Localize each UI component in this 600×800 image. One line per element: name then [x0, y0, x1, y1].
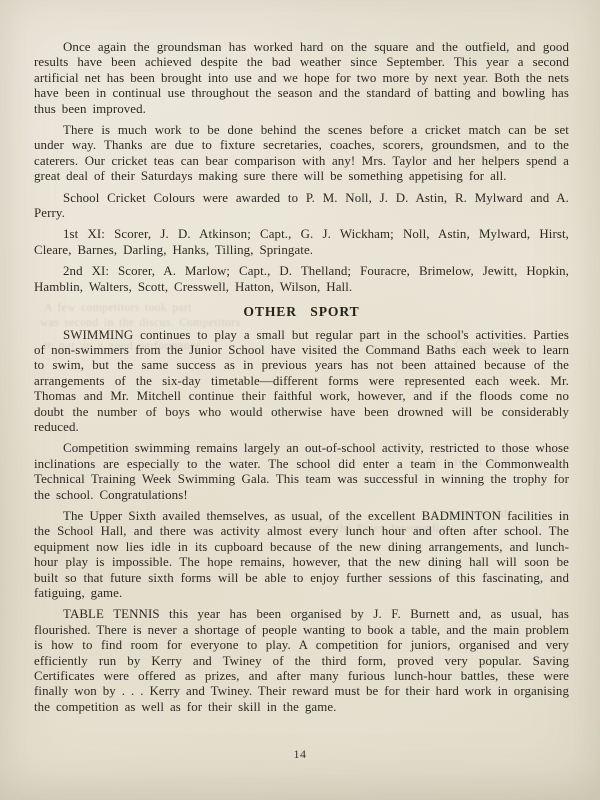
page-number: 14	[0, 747, 600, 762]
paragraph-first-eleven-list: 1st XI: Scorer, J. D. Atkinson; Capt., G…	[34, 227, 569, 258]
paragraph-match-preparation: There is much work to be done behind the…	[34, 123, 569, 185]
paragraph-cricket-colours: School Cricket Colours were awarded to P…	[34, 191, 569, 222]
section-heading-other-sport: OTHER SPORT	[34, 304, 569, 319]
paragraph-groundsman-report: Once again the groundsman has worked har…	[34, 40, 569, 117]
paragraph-competition-swimming: Competition swimming remains largely an …	[34, 441, 569, 503]
paragraph-badminton: The Upper Sixth availed themselves, as u…	[34, 509, 569, 601]
page-body: Once again the groundsman has worked har…	[34, 40, 569, 721]
scanned-document-page: A few competitors took part was second i…	[0, 0, 600, 800]
paragraph-table-tennis: TABLE TENNIS this year has been organise…	[34, 607, 569, 715]
paragraph-swimming: SWIMMING continues to play a small but r…	[34, 328, 569, 436]
paragraph-second-eleven-list: 2nd XI: Scorer, A. Marlow; Capt., D. The…	[34, 264, 569, 295]
